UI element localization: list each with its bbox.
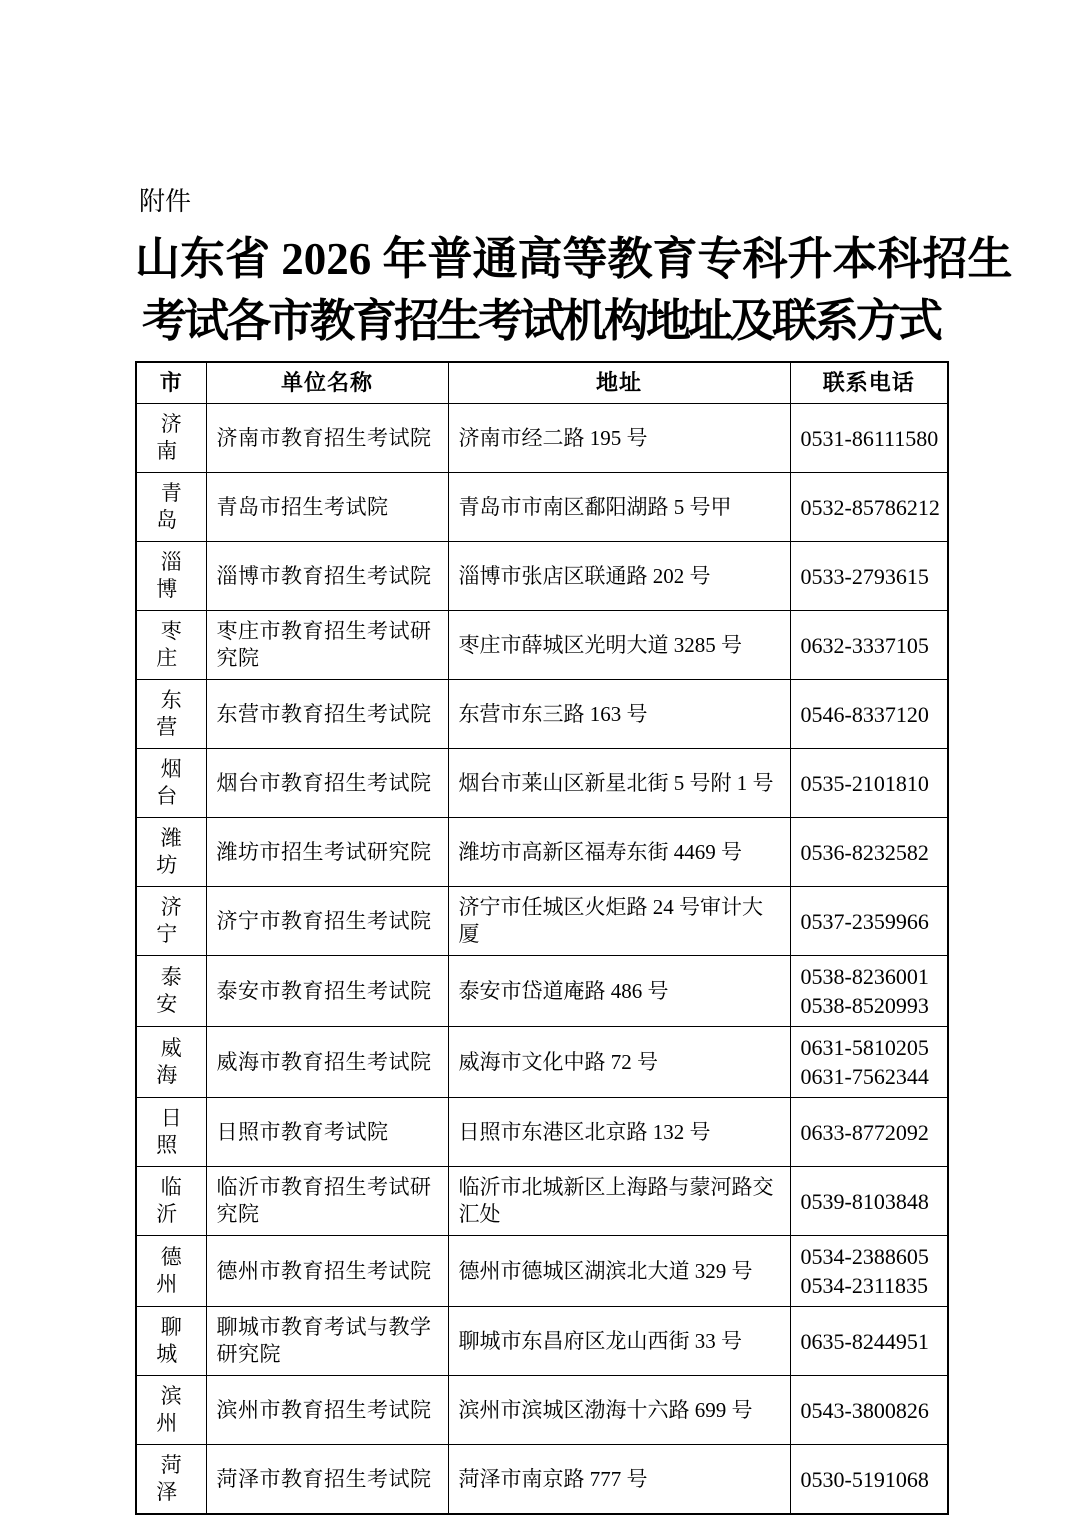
header-unit-name: 单位名称: [206, 362, 448, 404]
address-cell: 临沂市北城新区上海路与蒙河路交汇处: [448, 1167, 790, 1236]
city-cell: 青岛: [136, 473, 206, 542]
unit-cell: 枣庄市教育招生考试研究院: [206, 611, 448, 680]
phone-number: 0530-5191068: [801, 1465, 942, 1494]
unit-cell: 济宁市教育招生考试院: [206, 887, 448, 956]
unit-cell: 聊城市教育考试与教学研究院: [206, 1307, 448, 1376]
table-row: 东营 东营市教育招生考试院 东营市东三路 163 号 0546-8337120: [136, 680, 948, 749]
phone-number: 0631-5810205: [801, 1033, 942, 1062]
city-cell: 枣庄: [136, 611, 206, 680]
title-line-1: 山东省 2026 年普通高等教育专科升本科招生: [135, 228, 947, 290]
city-cell: 泰安: [136, 956, 206, 1027]
table-row: 滨州 滨州市教育招生考试院 滨州市滨城区渤海十六路 699 号 0543-380…: [136, 1376, 948, 1445]
table-row: 聊城 聊城市教育考试与教学研究院 聊城市东昌府区龙山西街 33 号 0635-8…: [136, 1307, 948, 1376]
address-cell: 德州市德城区湖滨北大道 329 号: [448, 1236, 790, 1307]
table-head: 市 单位名称 地址 联系电话: [136, 362, 948, 404]
table-row: 枣庄 枣庄市教育招生考试研究院 枣庄市薛城区光明大道 3285 号 0632-3…: [136, 611, 948, 680]
address-cell: 泰安市岱道庵路 486 号: [448, 956, 790, 1027]
phone-number: 0537-2359966: [801, 907, 942, 936]
header-phone: 联系电话: [790, 362, 948, 404]
city-cell: 滨州: [136, 1376, 206, 1445]
document-content: 附件 山东省 2026 年普通高等教育专科升本科招生 考试各市教育招生考试机构地…: [135, 186, 947, 1515]
phone-cell: 0536-8232582: [790, 818, 948, 887]
phone-number: 0635-8244951: [801, 1327, 942, 1356]
unit-cell: 菏泽市教育招生考试院: [206, 1445, 448, 1515]
phone-cell: 0635-8244951: [790, 1307, 948, 1376]
title-line-2: 考试各市教育招生考试机构地址及联系方式: [135, 290, 947, 352]
unit-cell: 青岛市招生考试院: [206, 473, 448, 542]
unit-cell: 烟台市教育招生考试院: [206, 749, 448, 818]
city-cell: 日照: [136, 1098, 206, 1167]
phone-number: 0535-2101810: [801, 769, 942, 798]
address-cell: 枣庄市薛城区光明大道 3285 号: [448, 611, 790, 680]
phone-cell: 0539-8103848: [790, 1167, 948, 1236]
address-cell: 日照市东港区北京路 132 号: [448, 1098, 790, 1167]
phone-number: 0632-3337105: [801, 631, 942, 660]
city-cell: 济南: [136, 404, 206, 473]
phone-cell: 0631-58102050631-7562344: [790, 1027, 948, 1098]
table-row: 青岛 青岛市招生考试院 青岛市市南区鄱阳湖路 5 号甲 0532-8578621…: [136, 473, 948, 542]
document-page: 附件 山东省 2026 年普通高等教育专科升本科招生 考试各市教育招生考试机构地…: [0, 0, 1080, 1527]
header-city: 市: [136, 362, 206, 404]
phone-cell: 0535-2101810: [790, 749, 948, 818]
table-row: 日照 日照市教育考试院 日照市东港区北京路 132 号 0633-8772092: [136, 1098, 948, 1167]
phone-number: 0532-85786212: [801, 493, 942, 522]
table-row: 德州 德州市教育招生考试院 德州市德城区湖滨北大道 329 号 0534-238…: [136, 1236, 948, 1307]
table-header-row: 市 单位名称 地址 联系电话: [136, 362, 948, 404]
phone-cell: 0530-5191068: [790, 1445, 948, 1515]
table-body: 济南 济南市教育招生考试院 济南市经二路 195 号 0531-86111580…: [136, 404, 948, 1515]
phone-cell: 0543-3800826: [790, 1376, 948, 1445]
table-row: 菏泽 菏泽市教育招生考试院 菏泽市南京路 777 号 0530-5191068: [136, 1445, 948, 1515]
phone-cell: 0534-23886050534-2311835: [790, 1236, 948, 1307]
phone-cell: 0632-3337105: [790, 611, 948, 680]
unit-cell: 威海市教育招生考试院: [206, 1027, 448, 1098]
contact-table: 市 单位名称 地址 联系电话 济南 济南市教育招生考试院 济南市经二路 195 …: [135, 361, 949, 1515]
table-row: 淄博 淄博市教育招生考试院 淄博市张店区联通路 202 号 0533-27936…: [136, 542, 948, 611]
table-row: 烟台 烟台市教育招生考试院 烟台市莱山区新星北街 5 号附 1 号 0535-2…: [136, 749, 948, 818]
phone-number: 0539-8103848: [801, 1187, 942, 1216]
attachment-label: 附件: [139, 186, 947, 216]
table-row: 济南 济南市教育招生考试院 济南市经二路 195 号 0531-86111580: [136, 404, 948, 473]
phone-number: 0536-8232582: [801, 838, 942, 867]
phone-cell: 0538-82360010538-8520993: [790, 956, 948, 1027]
unit-cell: 潍坊市招生考试研究院: [206, 818, 448, 887]
phone-number: 0631-7562344: [801, 1062, 942, 1091]
city-cell: 聊城: [136, 1307, 206, 1376]
address-cell: 淄博市张店区联通路 202 号: [448, 542, 790, 611]
unit-cell: 东营市教育招生考试院: [206, 680, 448, 749]
address-cell: 威海市文化中路 72 号: [448, 1027, 790, 1098]
unit-cell: 泰安市教育招生考试院: [206, 956, 448, 1027]
address-cell: 东营市东三路 163 号: [448, 680, 790, 749]
phone-number: 0534-2311835: [801, 1271, 942, 1300]
city-cell: 潍坊: [136, 818, 206, 887]
unit-cell: 滨州市教育招生考试院: [206, 1376, 448, 1445]
city-cell: 德州: [136, 1236, 206, 1307]
address-cell: 潍坊市高新区福寿东街 4469 号: [448, 818, 790, 887]
table-row: 潍坊 潍坊市招生考试研究院 潍坊市高新区福寿东街 4469 号 0536-823…: [136, 818, 948, 887]
address-cell: 烟台市莱山区新星北街 5 号附 1 号: [448, 749, 790, 818]
phone-number: 0533-2793615: [801, 562, 942, 591]
header-address: 地址: [448, 362, 790, 404]
phone-number: 0534-2388605: [801, 1242, 942, 1271]
table-row: 泰安 泰安市教育招生考试院 泰安市岱道庵路 486 号 0538-8236001…: [136, 956, 948, 1027]
city-cell: 淄博: [136, 542, 206, 611]
phone-number: 0543-3800826: [801, 1396, 942, 1425]
city-cell: 济宁: [136, 887, 206, 956]
unit-cell: 日照市教育考试院: [206, 1098, 448, 1167]
phone-number: 0531-86111580: [801, 424, 942, 453]
address-cell: 聊城市东昌府区龙山西街 33 号: [448, 1307, 790, 1376]
unit-cell: 济南市教育招生考试院: [206, 404, 448, 473]
unit-cell: 德州市教育招生考试院: [206, 1236, 448, 1307]
phone-cell: 0537-2359966: [790, 887, 948, 956]
table-row: 威海 威海市教育招生考试院 威海市文化中路 72 号 0631-58102050…: [136, 1027, 948, 1098]
city-cell: 临沂: [136, 1167, 206, 1236]
address-cell: 济宁市任城区火炬路 24 号审计大厦: [448, 887, 790, 956]
table-row: 临沂 临沂市教育招生考试研究院 临沂市北城新区上海路与蒙河路交汇处 0539-8…: [136, 1167, 948, 1236]
address-cell: 青岛市市南区鄱阳湖路 5 号甲: [448, 473, 790, 542]
address-cell: 菏泽市南京路 777 号: [448, 1445, 790, 1515]
phone-number: 0546-8337120: [801, 700, 942, 729]
city-cell: 菏泽: [136, 1445, 206, 1515]
phone-cell: 0546-8337120: [790, 680, 948, 749]
document-title: 山东省 2026 年普通高等教育专科升本科招生 考试各市教育招生考试机构地址及联…: [135, 228, 947, 352]
table-row: 济宁 济宁市教育招生考试院 济宁市任城区火炬路 24 号审计大厦 0537-23…: [136, 887, 948, 956]
address-cell: 滨州市滨城区渤海十六路 699 号: [448, 1376, 790, 1445]
phone-number: 0538-8236001: [801, 962, 942, 991]
city-cell: 威海: [136, 1027, 206, 1098]
unit-cell: 临沂市教育招生考试研究院: [206, 1167, 448, 1236]
phone-cell: 0532-85786212: [790, 473, 948, 542]
phone-number: 0538-8520993: [801, 991, 942, 1020]
phone-cell: 0533-2793615: [790, 542, 948, 611]
phone-cell: 0531-86111580: [790, 404, 948, 473]
phone-number: 0633-8772092: [801, 1118, 942, 1147]
unit-cell: 淄博市教育招生考试院: [206, 542, 448, 611]
city-cell: 烟台: [136, 749, 206, 818]
address-cell: 济南市经二路 195 号: [448, 404, 790, 473]
phone-cell: 0633-8772092: [790, 1098, 948, 1167]
city-cell: 东营: [136, 680, 206, 749]
